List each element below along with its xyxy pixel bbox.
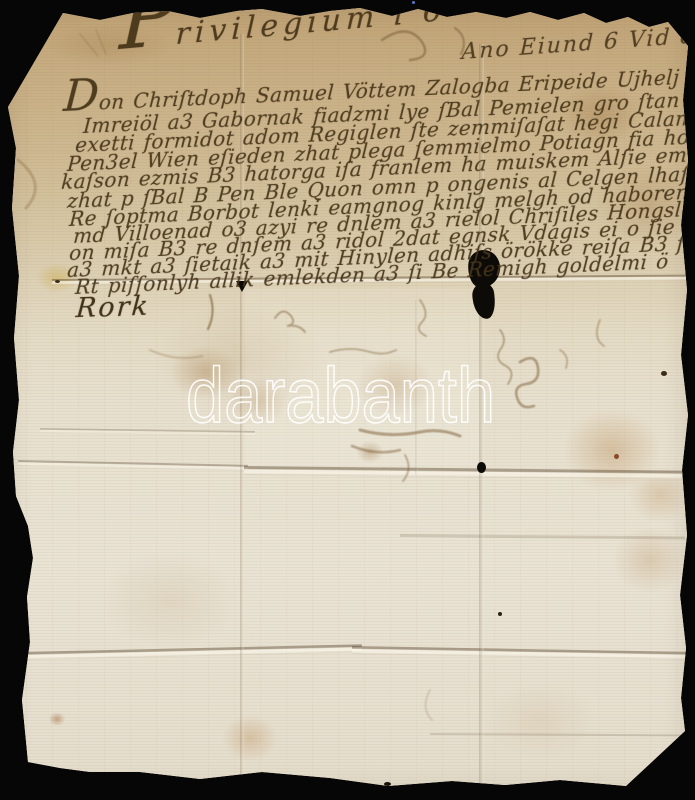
dust-speck — [412, 1, 415, 4]
document-photo: Privilegium i 6 Ano Eiund 6 Vid de Don C… — [0, 0, 695, 800]
darabanth-watermark: darabanth — [186, 356, 495, 434]
